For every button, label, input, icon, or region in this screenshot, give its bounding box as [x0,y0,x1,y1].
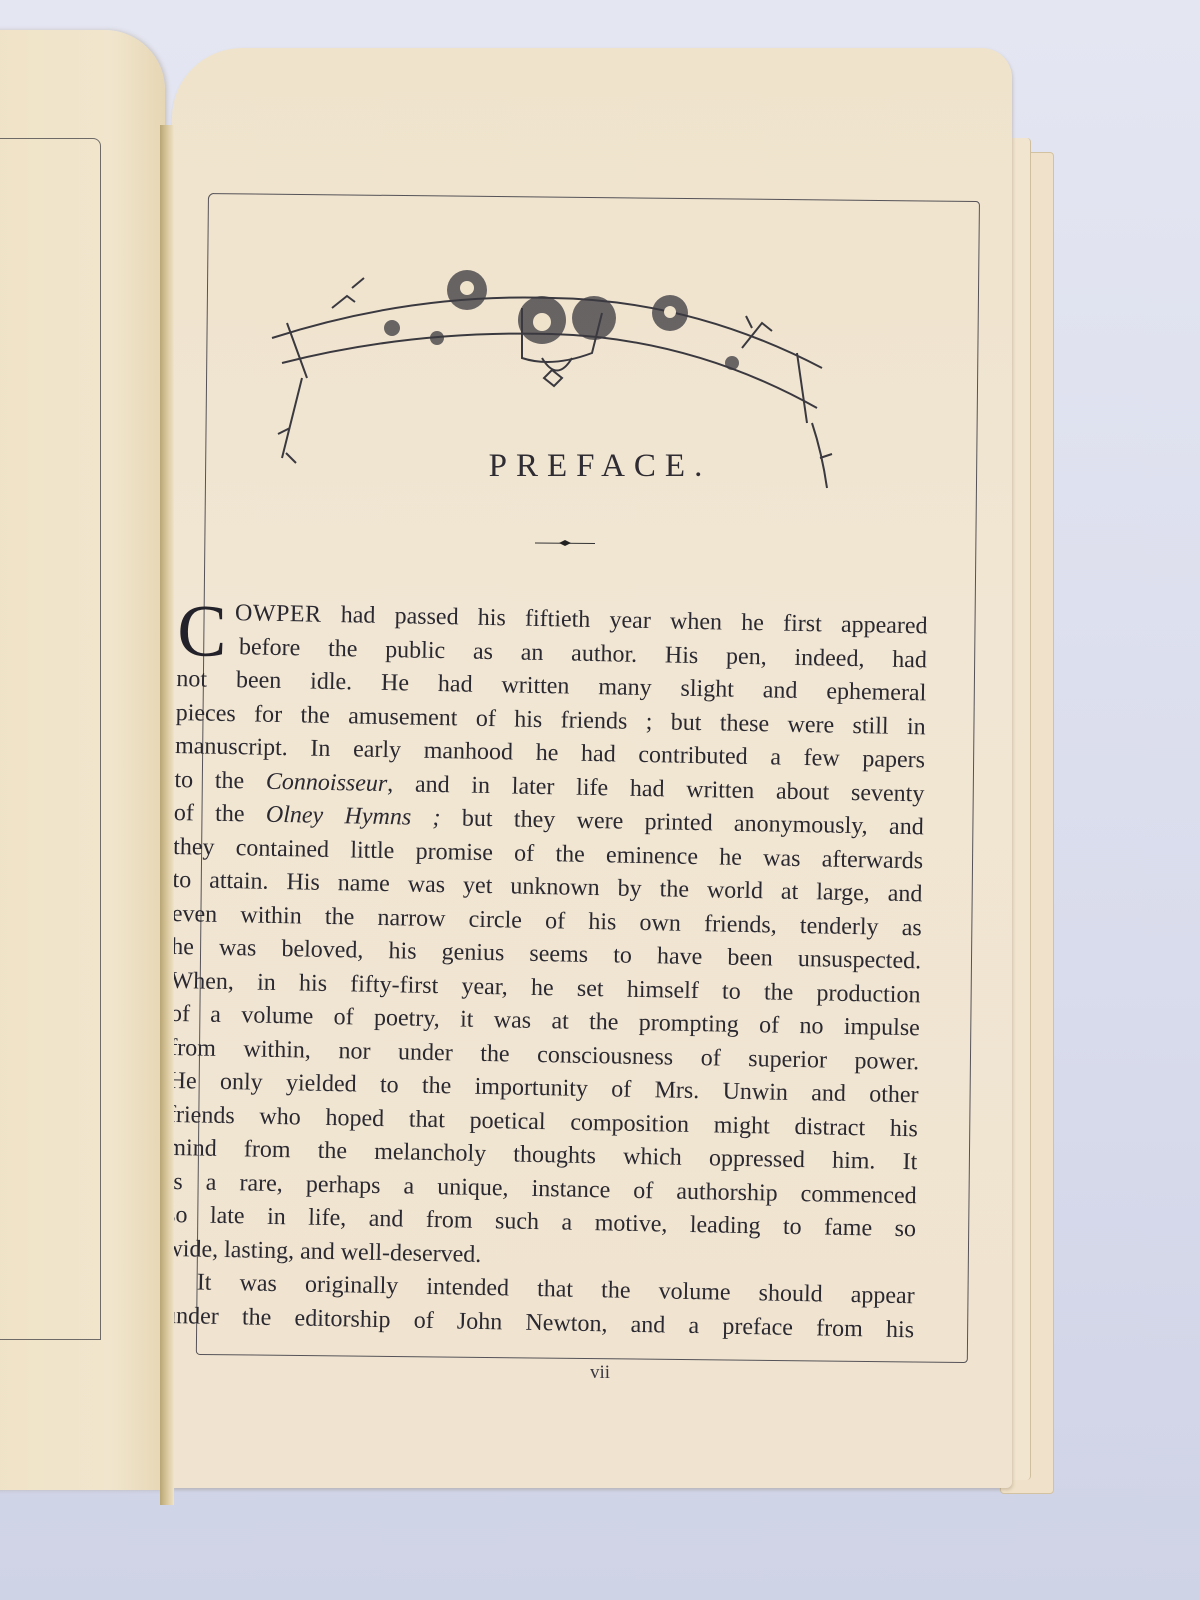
text-span: but they were printed anonymously, and [440,805,924,840]
text-span: of the [174,800,267,828]
page-number: vii [0,1362,1200,1384]
diamond-divider-icon [535,538,595,548]
photo-scene: PREFACE. C OWPER had passed his fiftieth… [0,0,1200,1600]
left-page-frame-rule [0,138,101,1340]
text-span: , and in later life had written about se… [387,771,925,807]
book-gutter [160,125,174,1505]
preface-body: C OWPER had passed his fiftieth year whe… [164,596,928,1347]
drop-cap: C [177,600,228,663]
italic-title-connoisseur: Connoisseur [266,768,388,796]
page-title: PREFACE. [0,448,1200,485]
text-span: to the [174,766,266,794]
left-page [0,30,165,1490]
italic-title-olney-hymns: Olney Hymns ; [266,802,441,831]
drop-cap-word-rest: OWPER [235,600,322,628]
